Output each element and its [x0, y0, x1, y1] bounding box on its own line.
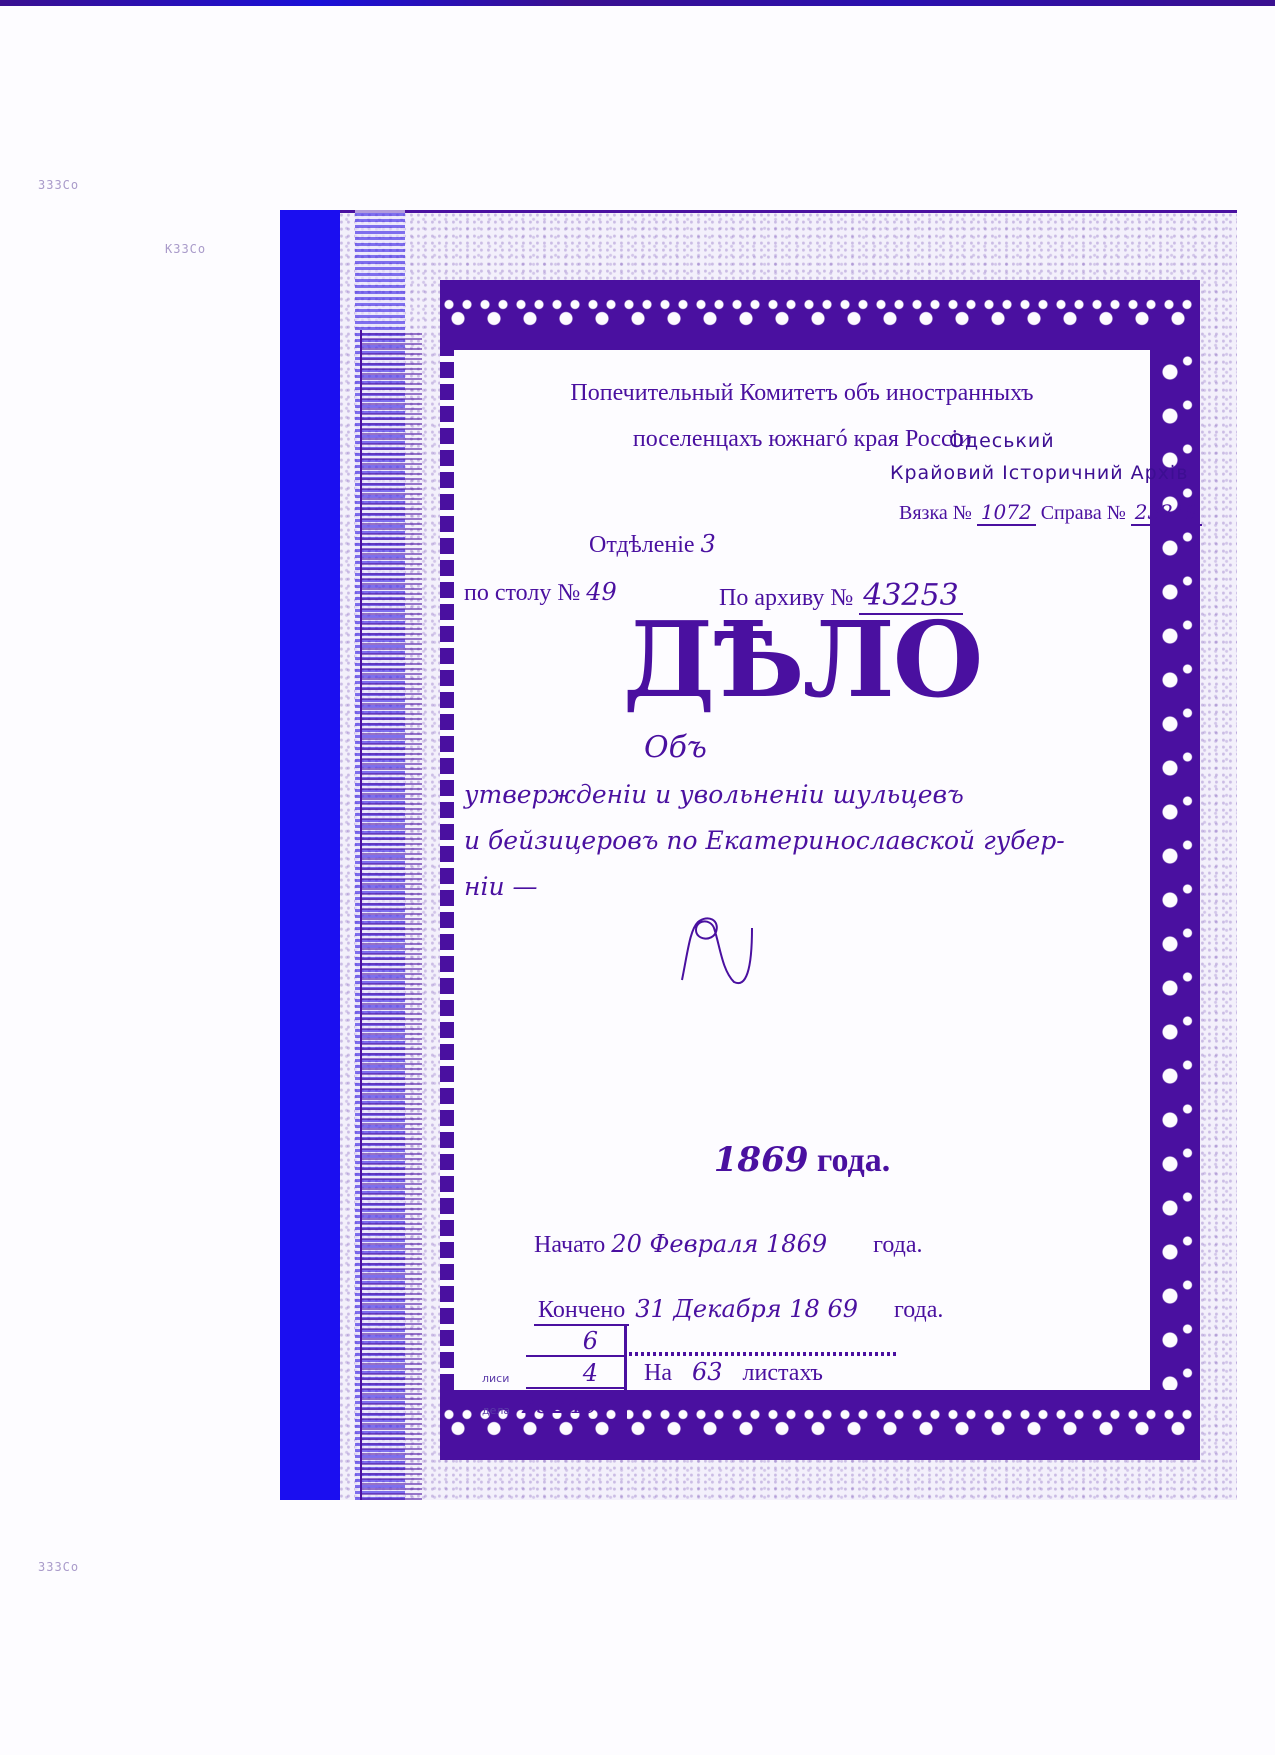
wavy-rule [629, 1390, 899, 1394]
started-label: Начато [534, 1232, 605, 1258]
file-cover: Попечительный Комитетъ объ иностранныхъ … [280, 210, 1237, 1500]
stub-row: 6 [526, 1325, 626, 1357]
subject-line-1: утвержденiи и увольненiи шульцевъ [464, 780, 964, 809]
leaves-prefix: На [644, 1360, 672, 1386]
file-stub: 6 лиси 4 дела 23249 [526, 1325, 626, 1421]
bundle-number: Вязка № 1072 Справа № 23249 [899, 500, 1202, 526]
leaves-value: 63 [692, 1358, 723, 1386]
subject-prefix: Объ [644, 730, 707, 765]
leaves-count: На 63 листахъ [644, 1358, 823, 1387]
finished-value: 31 Декабря 18 69 [635, 1295, 858, 1323]
department: Отдѣленiе 3 [589, 530, 716, 559]
document-title: ДѢЛО [454, 598, 1150, 721]
archive-stamp-line1: Одеський [949, 430, 1055, 452]
margin-mark: ЗЗЗСо [38, 178, 79, 192]
started-date: Начато 20 Февраля 1869 года. [534, 1230, 923, 1259]
ornamental-frame: Попечительный Комитетъ объ иностранныхъ … [440, 280, 1200, 1460]
started-value: 20 Февраля 1869 [611, 1230, 827, 1258]
department-label: Отдѣленiе [589, 532, 695, 558]
wavy-rule [629, 1352, 899, 1356]
finished-date: Кончено 31 Декабря 18 69 года. [534, 1295, 943, 1326]
ornament-top-border [440, 280, 1200, 354]
subject-line-2: и бейзицеровъ по Екатеринославской губер… [464, 826, 1065, 855]
started-suffix: года. [873, 1232, 922, 1258]
subject-line-3: нiи — [464, 872, 538, 901]
file-value: 23249 [1131, 500, 1203, 526]
year-value: 1869 [714, 1140, 809, 1180]
department-value: 3 [701, 530, 716, 558]
finished-suffix: года. [894, 1297, 943, 1323]
archive-stamp-line2: Крайовий Історичний Архів [890, 462, 1188, 484]
committee-heading: Попечительный Комитетъ объ иностранныхъ [454, 380, 1150, 407]
handwritten-monogram-icon [674, 910, 754, 990]
stub-divider [624, 1325, 627, 1455]
year: 1869 года. [454, 1140, 1150, 1180]
bundle-label: Вязка № [899, 502, 972, 524]
leaves-suffix: листахъ [743, 1360, 823, 1386]
stub-row: дела 23249 [526, 1389, 626, 1421]
finished-label: Кончено [534, 1297, 629, 1326]
cover-fold [360, 330, 422, 1500]
scan-top-edge [0, 0, 1275, 6]
stub-row: лиси 4 [526, 1357, 626, 1389]
file-label: Справа № [1041, 502, 1126, 524]
year-suffix: года. [817, 1142, 890, 1179]
margin-mark: КЗЗСо [165, 242, 206, 256]
cover-panel: Попечительный Комитетъ объ иностранныхъ … [454, 350, 1150, 1390]
margin-mark: ЗЗЗСо [38, 1560, 79, 1574]
bundle-value: 1072 [977, 500, 1036, 526]
ornament-left-border [440, 350, 454, 1390]
